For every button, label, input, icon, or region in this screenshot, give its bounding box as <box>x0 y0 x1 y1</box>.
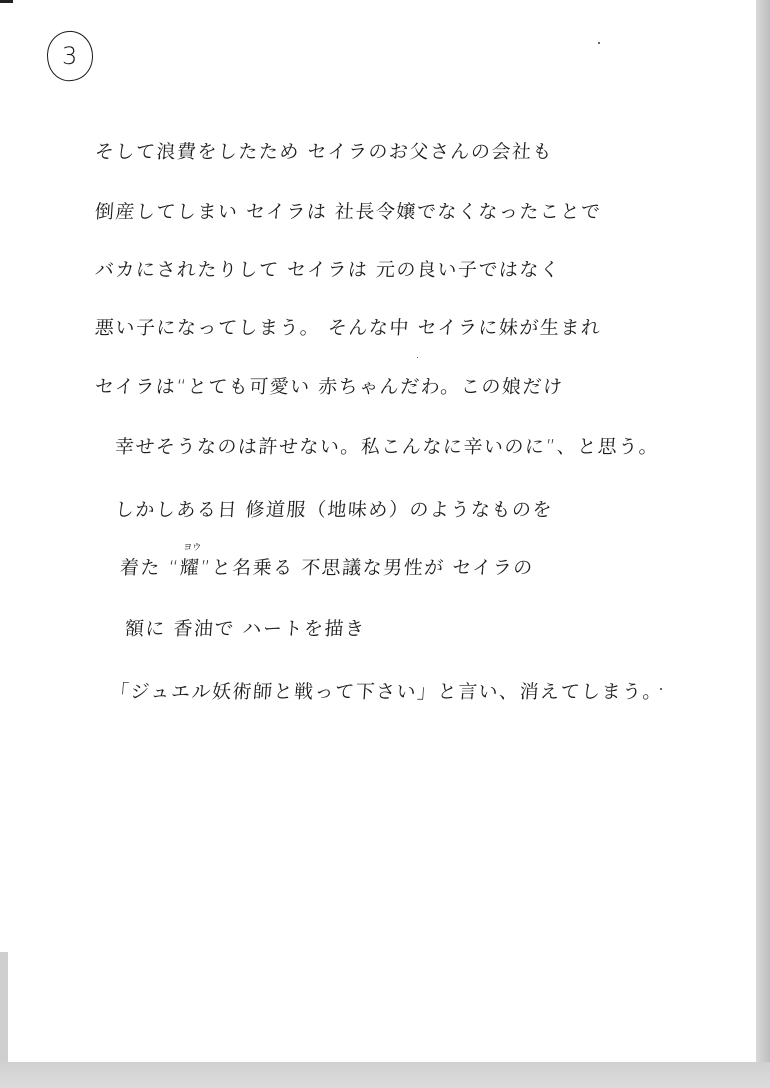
text-line-4: 悪い子になってしまう。 そんな中 セイラに妹が生まれ <box>94 313 602 340</box>
text-line-3: バカにされたりして セイラは 元の良い子ではなく <box>94 255 561 282</box>
text-line-8: 着た “ヨウ耀”と名乗る 不思議な男性が セイラの <box>119 553 535 580</box>
text-line-1: そして浪費をしたため セイラのお父さんの会社も <box>94 137 554 164</box>
line-8-prefix: 着た “ <box>119 557 180 579</box>
kanji: 耀 <box>179 557 201 579</box>
text-line-6: 幸せそうなのは許せない。私こんなに辛いのに”、と思う。 <box>114 432 660 459</box>
text-line-5: セイラは“とても可愛い 赤ちゃんだわ。この娘だけ <box>94 372 564 399</box>
circled-page-number: 3 <box>44 28 97 84</box>
scan-bottom-edge <box>0 1062 770 1088</box>
scan-left-shadow <box>0 952 8 1064</box>
scan-corner-mark <box>0 0 13 3</box>
text-line-10: 「ジュエル妖術師と戦って下さい」と言い、消えてしまう。 <box>109 677 664 704</box>
line-8-suffix: ”と名乗る 不思議な男性が セイラの <box>200 557 535 579</box>
handwritten-page: 3 そして浪費をしたため セイラのお父さんの会社も 倒産してしまい セイラは 社… <box>0 0 756 1062</box>
furigana: ヨウ <box>183 540 202 553</box>
text-line-7: しかしある日 修道服（地味め）のようなものを <box>114 495 554 522</box>
ruby-kanji: ヨウ耀 <box>179 553 201 580</box>
text-line-9: 額に 香油で ハートを描き <box>124 614 366 641</box>
ink-speck <box>598 42 600 44</box>
page-number-text: 3 <box>62 42 77 70</box>
ink-speck <box>417 357 418 358</box>
text-line-2: 倒産してしまい セイラは 社長令嬢でなくなったことで <box>94 197 602 224</box>
scan-right-edge <box>756 0 770 1088</box>
